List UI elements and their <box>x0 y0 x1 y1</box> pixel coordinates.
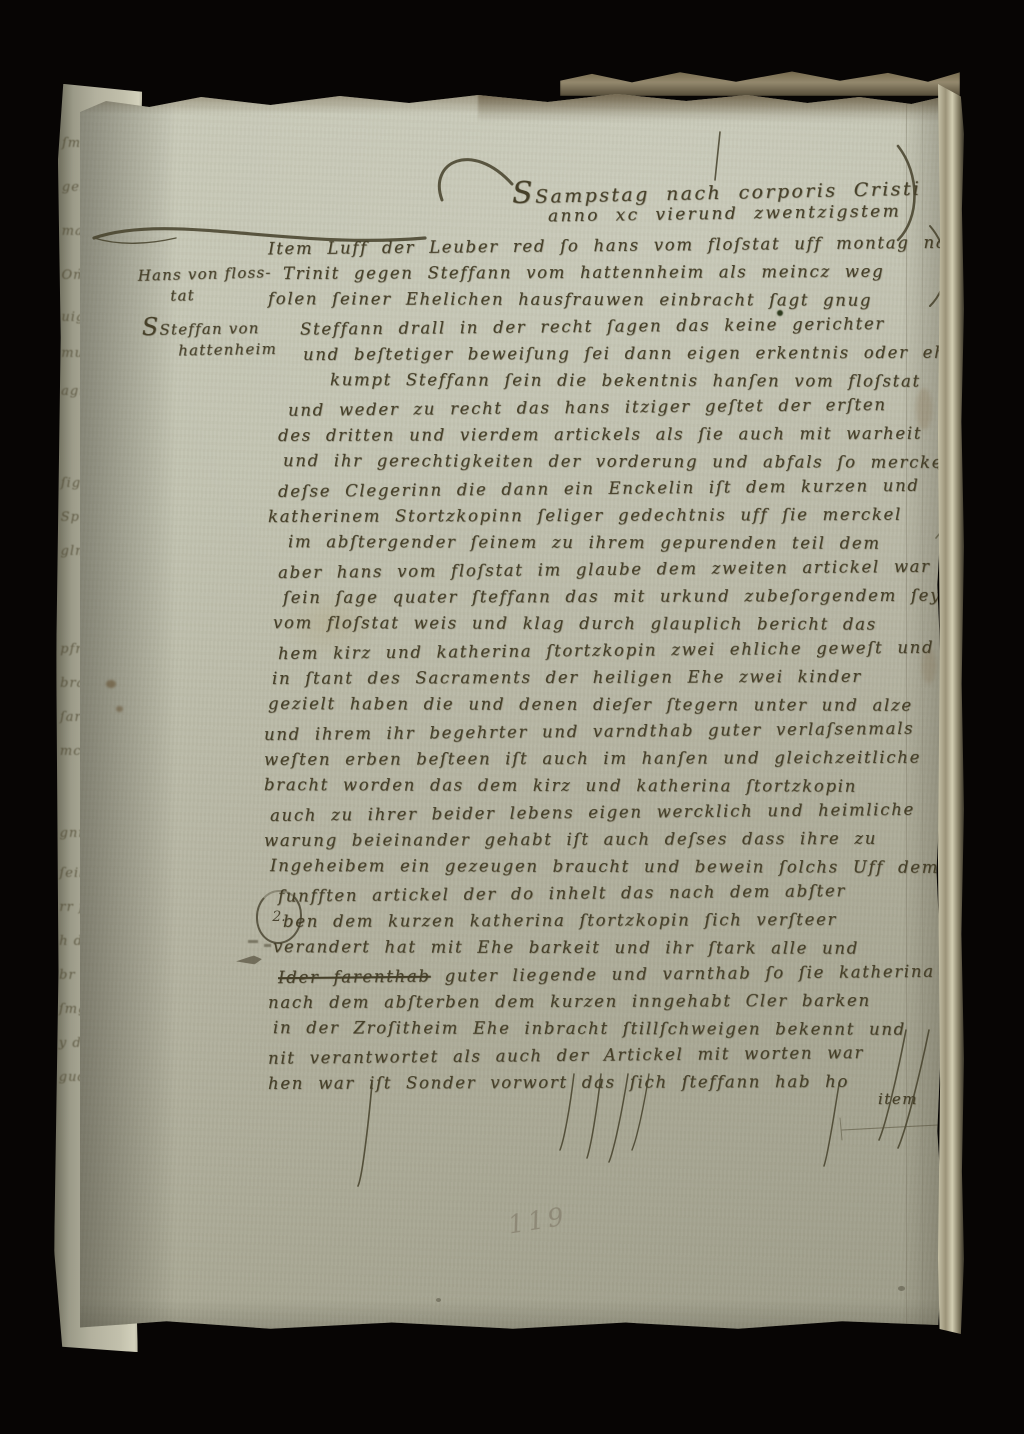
body-line: Item Luff der Leuber red ſo hans vom flo… <box>268 233 971 259</box>
body-line: und weder zu recht das hans itziger geſt… <box>288 395 887 420</box>
margin-note-text: hattenheim <box>142 340 277 360</box>
body-line: verandert hat mit Ehe barkeit und ihr ſt… <box>273 937 859 958</box>
body-line: funfften artickel der do inhelt das nach… <box>278 881 846 905</box>
margin-note-hans-von-flosstat: Hans von floss- tat <box>137 262 272 307</box>
body-line: bracht worden das dem kirz und katherina… <box>264 775 857 796</box>
body-line: auch zu ihrer beider lebens eigen werckl… <box>270 800 915 825</box>
body-line: folen ſeiner Ehelichen hausfrauwen einbr… <box>268 289 872 310</box>
body-line: ben dem kurzen katherina ſtortzkopin ſic… <box>283 910 837 931</box>
body-line: katherinem Stortzkopinn ſeliger gedechtn… <box>268 505 902 526</box>
body-line: warung beieinander gehabt iſt auch deſse… <box>264 829 877 850</box>
body-line: ſein ſage quater ſteffann das mit urkund… <box>283 586 941 607</box>
heading-initial: S <box>512 176 536 211</box>
body-line: in ſtant des Sacraments der heiligen Ehe… <box>272 667 862 688</box>
body-line: Trinit gegen Steffann vom hattennheim al… <box>283 262 884 283</box>
body-line: und ihr gerechtigkeiten der vorderung un… <box>283 451 950 472</box>
body-line: weſten erben beſteen iſt auch im hanſen … <box>264 748 921 769</box>
margin-dash-mark <box>264 944 271 947</box>
margin-note-steffan-von-hattenheim: SSteffan von hattenheim <box>142 315 278 362</box>
body-line: kumpt Steffann ſein die bekentnis hanſen… <box>330 370 921 391</box>
catchword-text: item <box>878 1090 918 1108</box>
body-line: Ider farenthab guter liegende und varnth… <box>278 962 935 987</box>
fore-edge-deckle <box>938 84 964 1334</box>
body-line: und beſtetiger beweiſung ſei dann eigen … <box>303 343 956 364</box>
body-line: des dritten und vierdem artickels als ſi… <box>278 424 922 445</box>
catchword: item <box>878 1090 918 1108</box>
body-line: in der Zroſitheim Ehe inbracht ſtillſchw… <box>273 1018 906 1039</box>
margin-dash-mark <box>248 940 258 943</box>
edge-crease <box>922 88 923 1330</box>
body-line: Steffann drall in der recht ſagen das ke… <box>300 314 885 339</box>
body-line: aber hans vom floſstat im glaube dem zwe… <box>278 557 931 582</box>
margin-note-initial: S <box>142 313 160 341</box>
heading-year-line: anno xc vierund zwentzigstem <box>548 202 901 227</box>
manuscript-photo: ſmgeligmayOm̃uigmur ſagrīſighSpuiſglmpfr… <box>0 0 1024 1434</box>
page-stack-top-edge <box>560 62 960 96</box>
body-line: und ihrem ihr begehrter und varndthab gu… <box>264 719 914 744</box>
margin-item-number: 2. <box>272 909 285 925</box>
manuscript-page: SSampstag nach corporis Cristi anno xc v… <box>80 88 946 1330</box>
margin-note-text: Steffan von <box>159 319 259 339</box>
struck-words: Ider farenthab <box>278 967 431 987</box>
body-line: nit verantwortet als auch der Artickel m… <box>268 1043 864 1068</box>
body-line: vom floſstat weis und klag durch glaupli… <box>273 613 877 634</box>
body-line: im abſtergender ſeinem zu ihrem gepurend… <box>288 532 881 553</box>
body-line: gezielt haben die und denen dieſer ſtege… <box>268 694 913 715</box>
margin-arrow-mark <box>236 955 263 967</box>
body-line: deſse Clegerinn die dann ein Enckelin iſ… <box>278 476 920 501</box>
body-line: nach dem abſterben dem kurzen inngehabt … <box>268 991 871 1012</box>
bottom-edge-shade <box>80 1300 946 1330</box>
margin-note-text: Hans von floss- <box>137 263 271 284</box>
heading-line2-text: anno xc vierund zwentzigstem <box>548 202 901 227</box>
margin-item-number-ring: 2. <box>256 890 302 944</box>
folio-number-text: 119 <box>506 1202 570 1240</box>
body-line: hem kirz und katherina ſtortzkopin zwei … <box>278 638 934 663</box>
body-line: Ingeheibem ein gezeugen braucht und bewe… <box>270 856 939 877</box>
body-line: hen war iſt Sonder vorwort das ſich ſtef… <box>268 1072 849 1093</box>
margin-note-text: tat <box>138 286 195 305</box>
folio-number-pencil: 119 <box>506 1202 570 1240</box>
